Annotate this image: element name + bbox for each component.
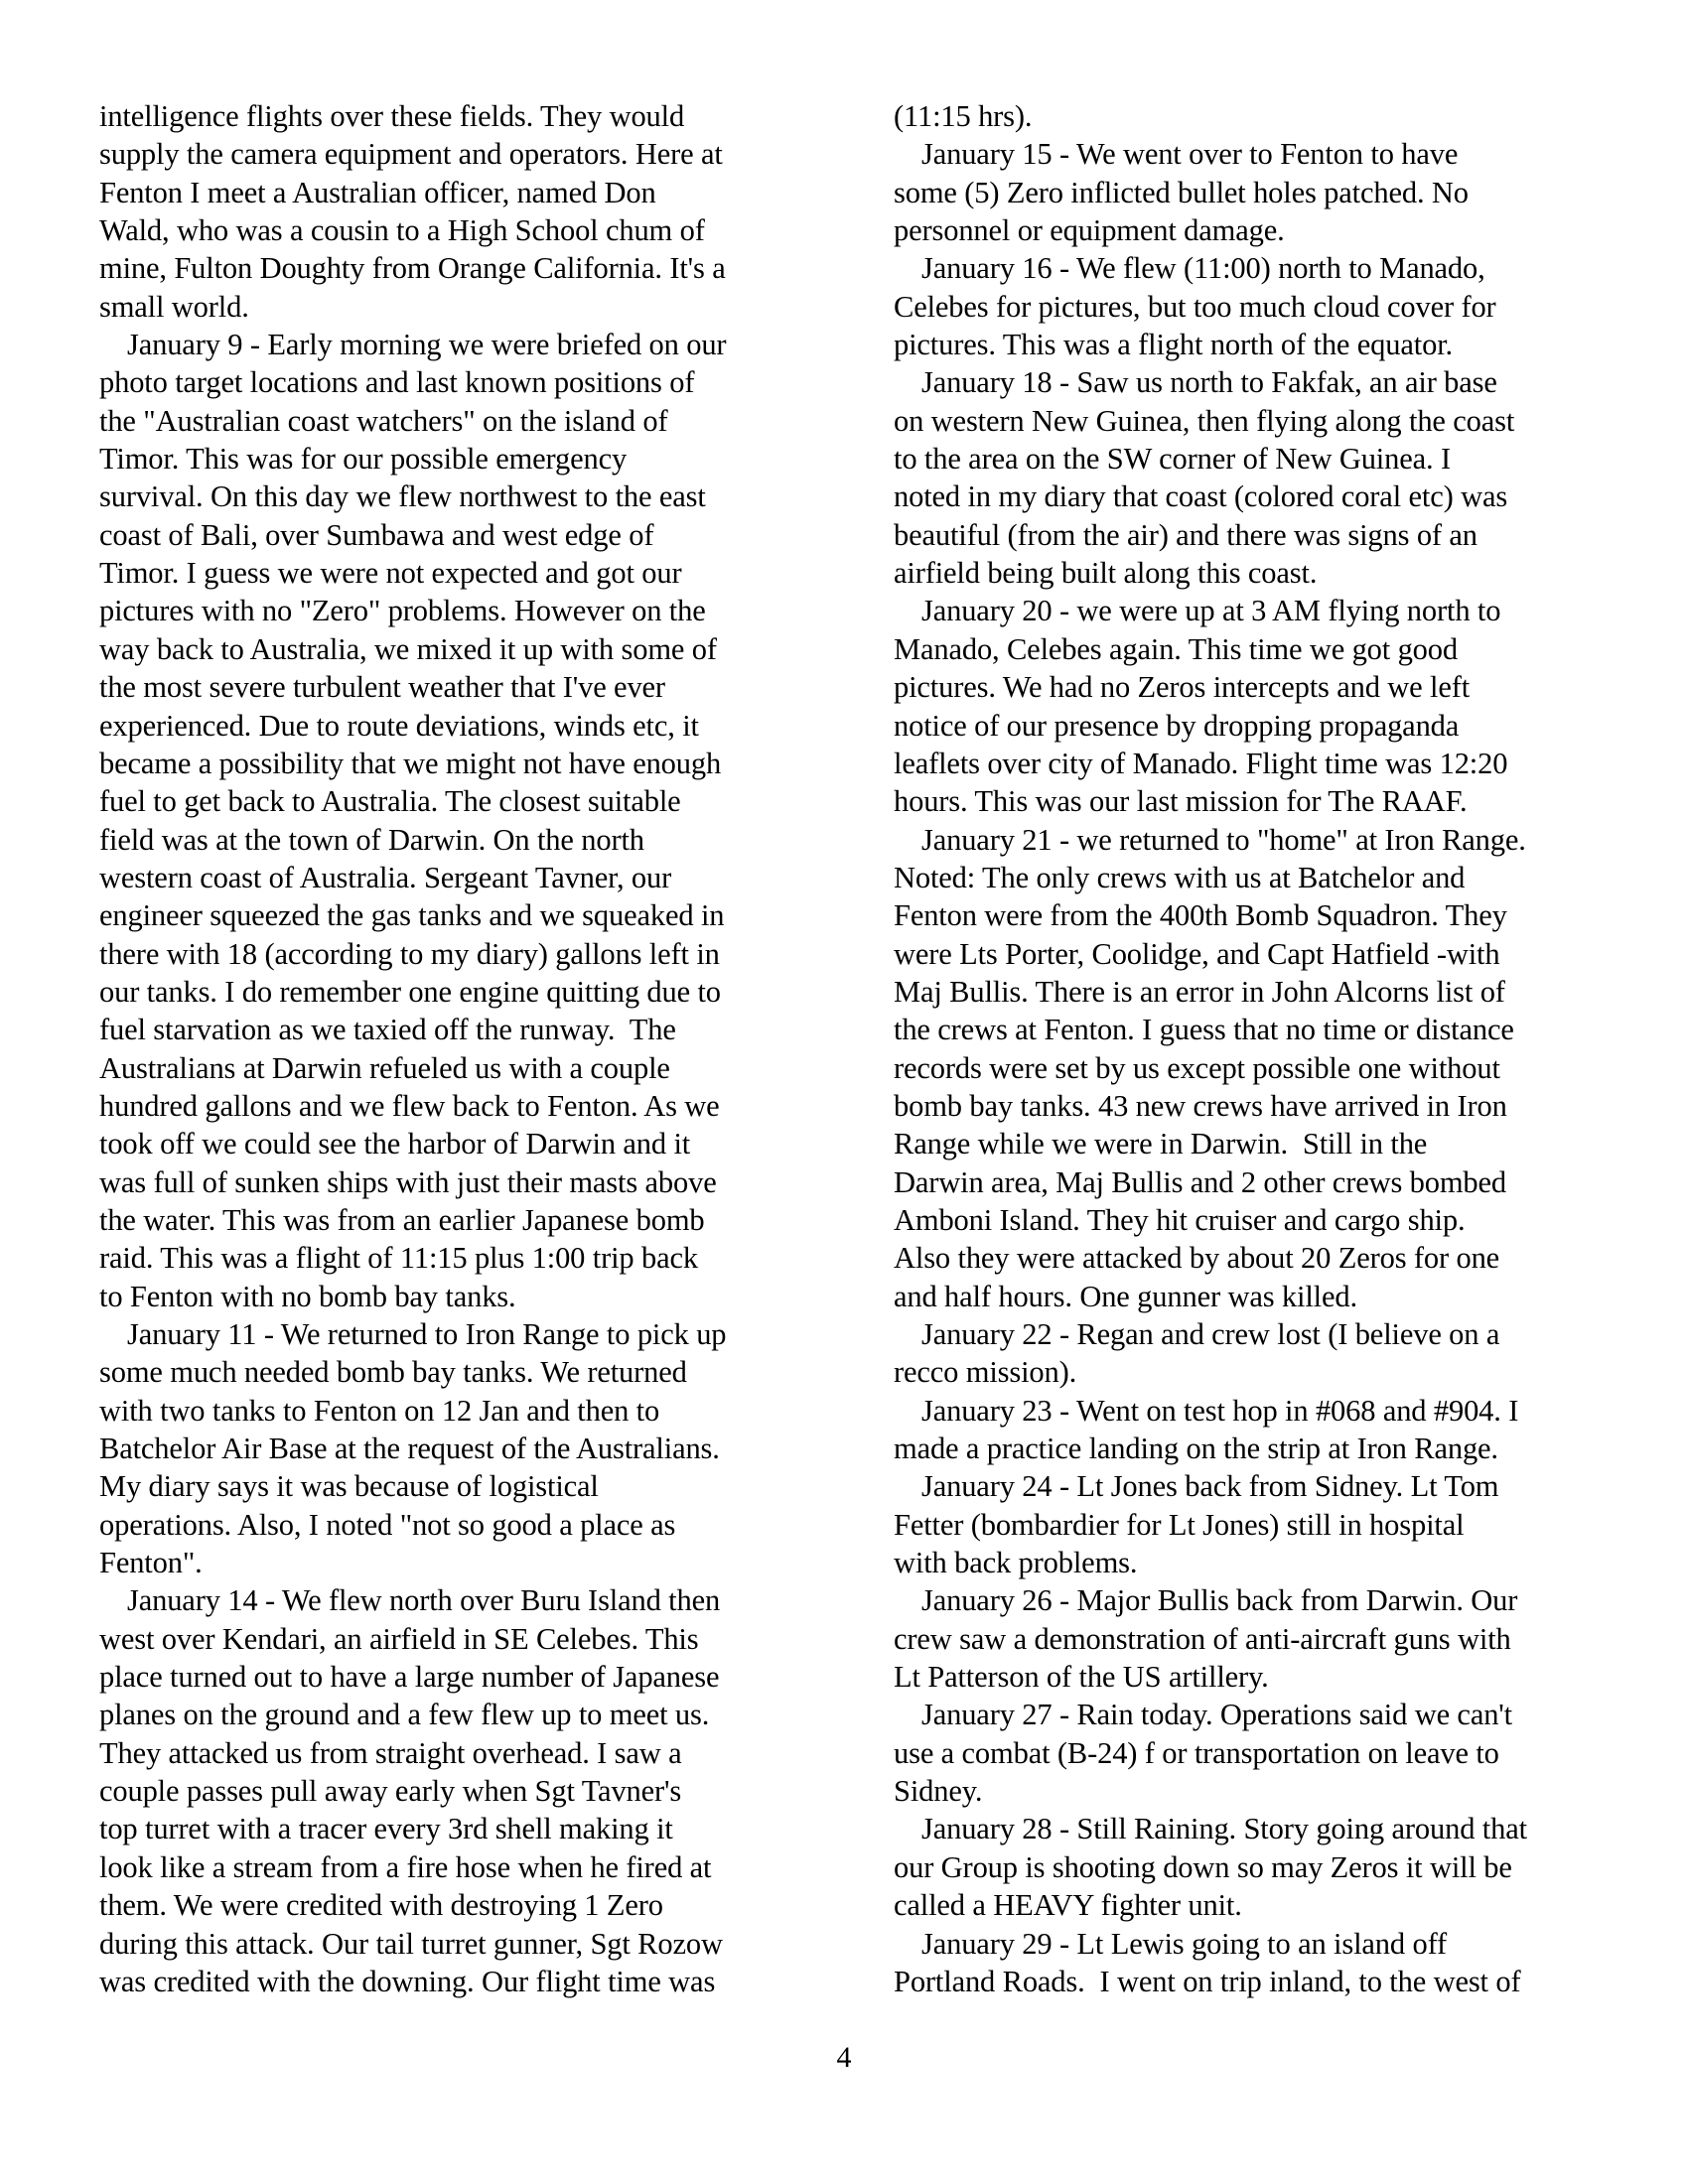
text-line: was full of sunken ships with just their… xyxy=(99,1163,794,1201)
text-line: operations. Also, I noted "not so good a… xyxy=(99,1506,794,1544)
diary-entry-first-line: January 23 - Went on test hop in #068 an… xyxy=(894,1392,1591,1430)
text-line: Fenton". xyxy=(99,1544,794,1581)
diary-entry-first-line: January 16 - We flew (11:00) north to Ma… xyxy=(894,249,1591,287)
text-line: took off we could see the harbor of Darw… xyxy=(99,1125,794,1162)
text-line: couple passes pull away early when Sgt T… xyxy=(99,1772,794,1810)
text-line: Fenton I meet a Australian officer, name… xyxy=(99,174,794,211)
text-line: Darwin area, Maj Bullis and 2 other crew… xyxy=(894,1163,1591,1201)
text-line: Wald, who was a cousin to a High School … xyxy=(99,211,794,249)
diary-entry-first-line: January 14 - We flew north over Buru Isl… xyxy=(99,1581,794,1619)
text-line: the "Australian coast watchers" on the i… xyxy=(99,402,794,440)
text-line: were Lts Porter, Coolidge, and Capt Hatf… xyxy=(894,935,1591,973)
text-line: our tanks. I do remember one engine quit… xyxy=(99,973,794,1011)
right-text-column: (11:15 hrs).January 15 - We went over to… xyxy=(894,97,1591,2000)
text-line: Timor. I guess we were not expected and … xyxy=(99,554,794,592)
text-line: survival. On this day we flew northwest … xyxy=(99,478,794,515)
text-line: on western New Guinea, then flying along… xyxy=(894,402,1591,440)
text-line: airfield being built along this coast. xyxy=(894,554,1591,592)
diary-entry-first-line: January 18 - Saw us north to Fakfak, an … xyxy=(894,363,1591,401)
text-line: them. We were credited with destroying 1… xyxy=(99,1886,794,1924)
text-line: use a combat (B-24) f or transportation … xyxy=(894,1734,1591,1772)
text-line: Batchelor Air Base at the request of the… xyxy=(99,1430,794,1467)
text-line: pictures. We had no Zeros intercepts and… xyxy=(894,668,1591,706)
diary-entry-first-line: January 20 - we were up at 3 AM flying n… xyxy=(894,592,1591,629)
diary-entry-first-line: January 24 - Lt Jones back from Sidney. … xyxy=(894,1467,1591,1505)
text-line: Also they were attacked by about 20 Zero… xyxy=(894,1239,1591,1277)
text-line: beautiful (from the air) and there was s… xyxy=(894,516,1591,554)
text-line: fuel to get back to Australia. The close… xyxy=(99,782,794,820)
text-line: to the area on the SW corner of New Guin… xyxy=(894,440,1591,478)
text-line: small world. xyxy=(99,288,794,326)
diary-entry-first-line: January 28 - Still Raining. Story going … xyxy=(894,1810,1591,1847)
diary-entry-first-line: January 11 - We returned to Iron Range t… xyxy=(99,1315,794,1353)
text-line: leaflets over city of Manado. Flight tim… xyxy=(894,745,1591,782)
text-line: west over Kendari, an airfield in SE Cel… xyxy=(99,1620,794,1658)
text-line: They attacked us from straight overhead.… xyxy=(99,1734,794,1772)
text-line: photo target locations and last known po… xyxy=(99,363,794,401)
text-line: hours. This was our last mission for The… xyxy=(894,782,1591,820)
text-line: was credited with the downing. Our fligh… xyxy=(99,1963,794,2000)
text-line: our Group is shooting down so may Zeros … xyxy=(894,1848,1591,1886)
diary-entry-first-line: January 27 - Rain today. Operations said… xyxy=(894,1696,1591,1733)
text-line: personnel or equipment damage. xyxy=(894,211,1591,249)
text-line: Australians at Darwin refueled us with a… xyxy=(99,1049,794,1087)
text-line: to Fenton with no bomb bay tanks. xyxy=(99,1278,794,1315)
diary-entry-first-line: January 26 - Major Bullis back from Darw… xyxy=(894,1581,1591,1619)
text-line: the most severe turbulent weather that I… xyxy=(99,668,794,706)
text-line: Lt Patterson of the US artillery. xyxy=(894,1658,1591,1696)
text-line: planes on the ground and a few flew up t… xyxy=(99,1696,794,1733)
text-line: My diary says it was because of logistic… xyxy=(99,1467,794,1505)
text-line: field was at the town of Darwin. On the … xyxy=(99,821,794,859)
text-line: with two tanks to Fenton on 12 Jan and t… xyxy=(99,1392,794,1430)
text-line: Timor. This was for our possible emergen… xyxy=(99,440,794,478)
diary-entry-first-line: January 15 - We went over to Fenton to h… xyxy=(894,135,1591,173)
text-line: some much needed bomb bay tanks. We retu… xyxy=(99,1353,794,1391)
text-line: hundred gallons and we flew back to Fent… xyxy=(99,1087,794,1125)
text-line: Range while we were in Darwin. Still in … xyxy=(894,1125,1591,1162)
text-line: mine, Fulton Doughty from Orange Califor… xyxy=(99,249,794,287)
left-text-column: intelligence flights over these fields. … xyxy=(99,97,794,2000)
text-line: noted in my diary that coast (colored co… xyxy=(894,478,1591,515)
text-line: pictures. This was a flight north of the… xyxy=(894,326,1591,363)
text-line: Noted: The only crews with us at Batchel… xyxy=(894,859,1591,896)
text-line: way back to Australia, we mixed it up wi… xyxy=(99,630,794,668)
text-line: the water. This was from an earlier Japa… xyxy=(99,1201,794,1239)
diary-entry-first-line: January 9 - Early morning we were briefe… xyxy=(99,326,794,363)
text-line: intelligence flights over these fields. … xyxy=(99,97,794,135)
text-line: called a HEAVY fighter unit. xyxy=(894,1886,1591,1924)
text-line: Fetter (bombardier for Lt Jones) still i… xyxy=(894,1506,1591,1544)
text-line: Manado, Celebes again. This time we got … xyxy=(894,630,1591,668)
text-line: western coast of Australia. Sergeant Tav… xyxy=(99,859,794,896)
text-line: Celebes for pictures, but too much cloud… xyxy=(894,288,1591,326)
text-line: and half hours. One gunner was killed. xyxy=(894,1278,1591,1315)
text-line: notice of our presence by dropping propa… xyxy=(894,707,1591,745)
text-line: Portland Roads. I went on trip inland, t… xyxy=(894,1963,1591,2000)
text-line: (11:15 hrs). xyxy=(894,97,1591,135)
text-line: crew saw a demonstration of anti-aircraf… xyxy=(894,1620,1591,1658)
text-line: coast of Bali, over Sumbawa and west edg… xyxy=(99,516,794,554)
diary-entry-first-line: January 29 - Lt Lewis going to an island… xyxy=(894,1925,1591,1963)
page-number: 4 xyxy=(0,2040,1688,2076)
text-line: pictures with no "Zero" problems. Howeve… xyxy=(99,592,794,629)
text-line: raid. This was a flight of 11:15 plus 1:… xyxy=(99,1239,794,1277)
text-line: bomb bay tanks. 43 new crews have arrive… xyxy=(894,1087,1591,1125)
text-line: Maj Bullis. There is an error in John Al… xyxy=(894,973,1591,1011)
text-line: engineer squeezed the gas tanks and we s… xyxy=(99,896,794,934)
text-line: Amboni Island. They hit cruiser and carg… xyxy=(894,1201,1591,1239)
text-line: became a possibility that we might not h… xyxy=(99,745,794,782)
text-line: some (5) Zero inflicted bullet holes pat… xyxy=(894,174,1591,211)
text-line: made a practice landing on the strip at … xyxy=(894,1430,1591,1467)
text-line: fuel starvation as we taxied off the run… xyxy=(99,1011,794,1048)
text-line: during this attack. Our tail turret gunn… xyxy=(99,1925,794,1963)
text-line: with back problems. xyxy=(894,1544,1591,1581)
text-line: records were set by us except possible o… xyxy=(894,1049,1591,1087)
document-page: intelligence flights over these fields. … xyxy=(0,0,1688,2184)
text-line: top turret with a tracer every 3rd shell… xyxy=(99,1810,794,1847)
diary-entry-first-line: January 22 - Regan and crew lost (I beli… xyxy=(894,1315,1591,1353)
text-line: Fenton were from the 400th Bomb Squadron… xyxy=(894,896,1591,934)
text-line: experienced. Due to route deviations, wi… xyxy=(99,707,794,745)
text-line: supply the camera equipment and operator… xyxy=(99,135,794,173)
diary-entry-first-line: January 21 - we returned to "home" at Ir… xyxy=(894,821,1591,859)
text-line: the crews at Fenton. I guess that no tim… xyxy=(894,1011,1591,1048)
text-line: there with 18 (according to my diary) ga… xyxy=(99,935,794,973)
text-line: place turned out to have a large number … xyxy=(99,1658,794,1696)
text-line: look like a stream from a fire hose when… xyxy=(99,1848,794,1886)
text-line: Sidney. xyxy=(894,1772,1591,1810)
text-line: recco mission). xyxy=(894,1353,1591,1391)
